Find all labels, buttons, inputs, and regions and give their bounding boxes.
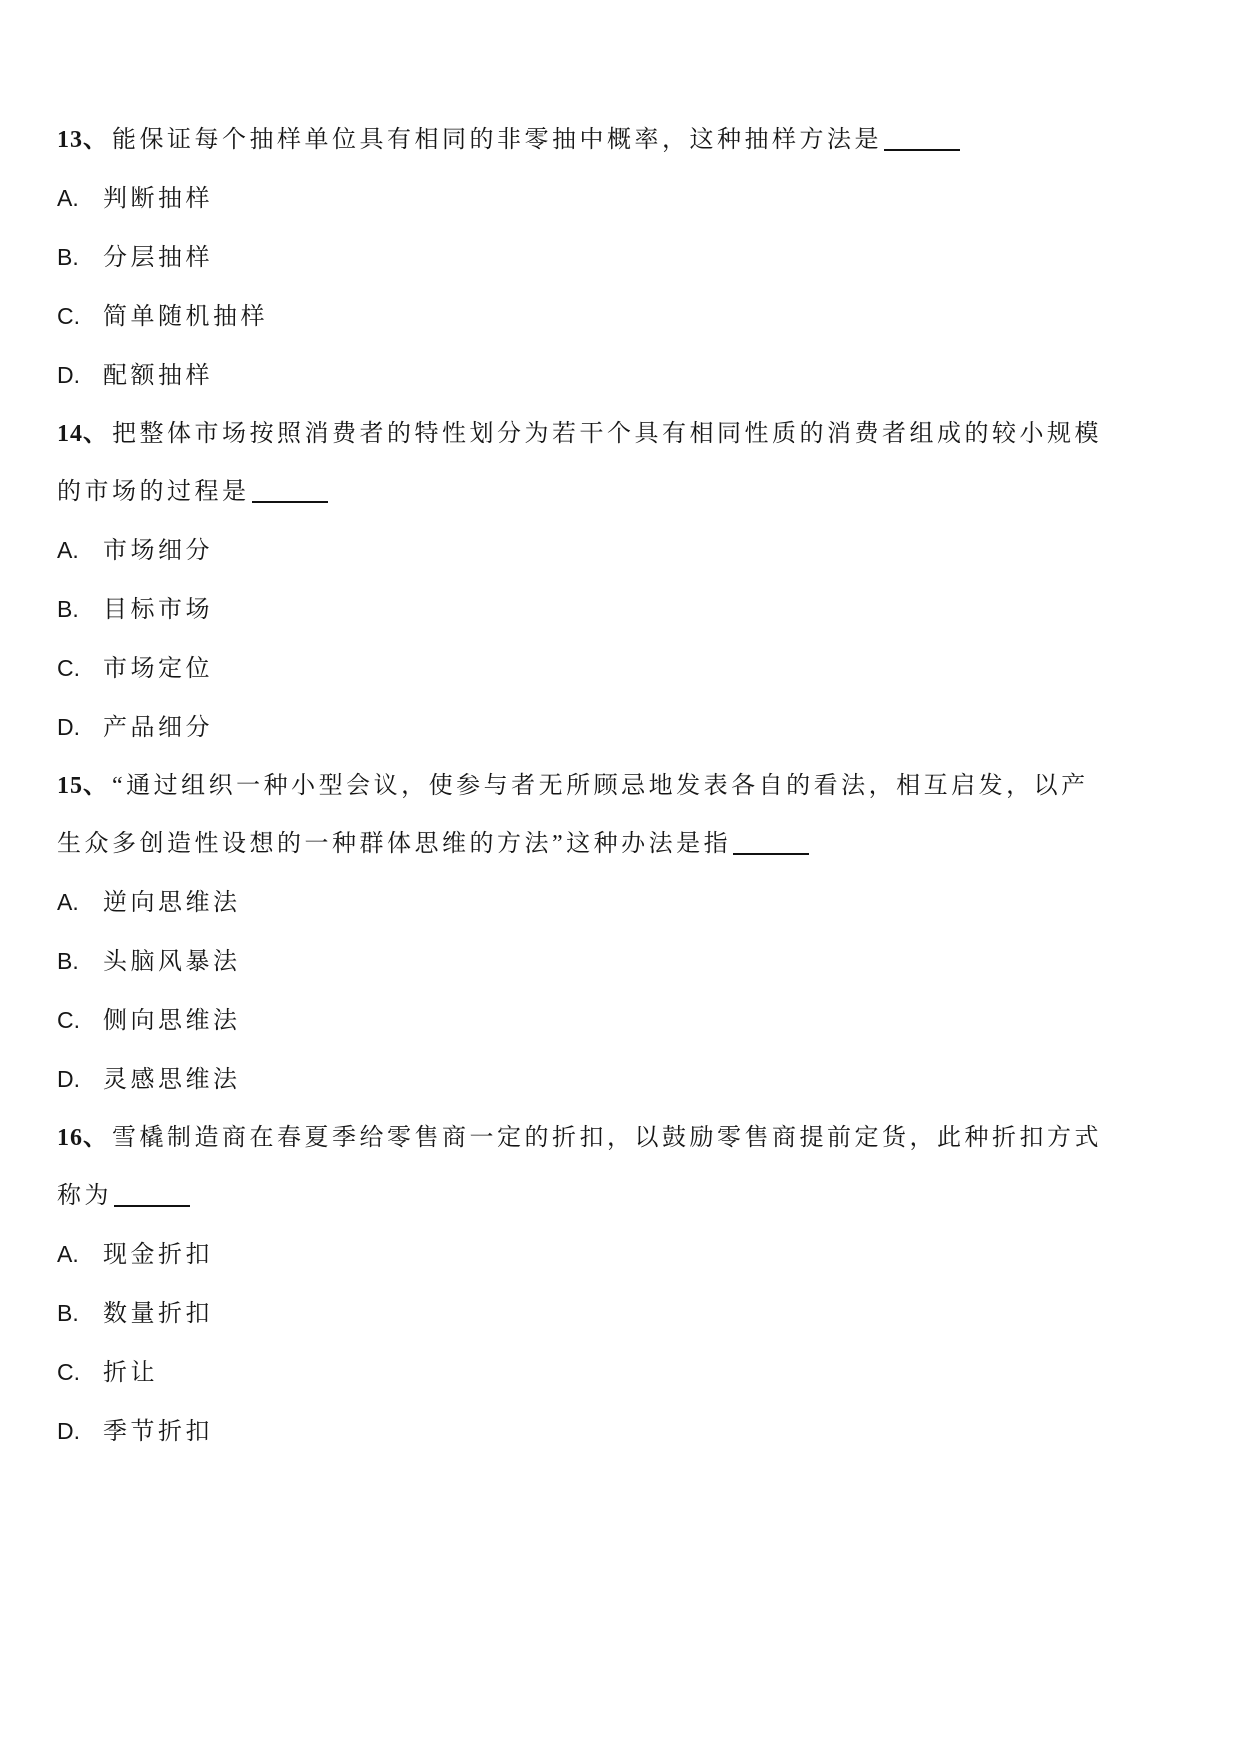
option-label: A. — [57, 1225, 103, 1283]
answer-blank — [884, 125, 960, 151]
option-text: 逆向思维法 — [103, 890, 241, 916]
question-13-option-b: B.分层抽样 — [57, 228, 1155, 287]
question-number: 15、 — [57, 773, 112, 799]
option-label: D. — [57, 698, 103, 756]
question-14-line-1: 14、把整体市场按照消费者的特性划分为若干个具有相同性质的消费者组成的较小规模 — [57, 405, 1155, 463]
question-13-line-1: 13、能保证每个抽样单位具有相同的非零抽中概率，这种抽样方法是 — [57, 111, 1155, 169]
question-15-line-1: 15、“通过组织一种小型会议，使参与者无所顾忌地发表各自的看法，相互启发，以产 — [57, 757, 1155, 815]
question-text: 雪橇制造商在春夏季给零售商一定的折扣，以鼓励零售商提前定货，此种折扣方式 — [112, 1125, 1102, 1151]
option-text: 产品细分 — [103, 715, 213, 741]
question-14-option-a: A.市场细分 — [57, 521, 1155, 580]
option-label: B. — [57, 228, 103, 286]
question-14-option-b: B.目标市场 — [57, 580, 1155, 639]
option-label: A. — [57, 873, 103, 931]
question-text: 能保证每个抽样单位具有相同的非零抽中概率，这种抽样方法是 — [112, 127, 882, 153]
option-label: C. — [57, 287, 103, 345]
option-text: 市场定位 — [103, 656, 213, 682]
option-label: A. — [57, 521, 103, 579]
option-text: 折让 — [103, 1360, 158, 1386]
question-text: 的市场的过程是 — [57, 479, 250, 505]
question-16-option-a: A.现金折扣 — [57, 1225, 1155, 1284]
option-text: 灵感思维法 — [103, 1067, 241, 1093]
question-14: 14、把整体市场按照消费者的特性划分为若干个具有相同性质的消费者组成的较小规模 … — [57, 405, 1155, 757]
question-15-option-c: C.侧向思维法 — [57, 991, 1155, 1050]
option-label: D. — [57, 346, 103, 404]
option-label: B. — [57, 580, 103, 638]
option-text: 现金折扣 — [103, 1242, 213, 1268]
question-number: 16、 — [57, 1125, 112, 1151]
question-text: 生众多创造性设想的一种群体思维的方法”这种办法是指 — [57, 831, 731, 857]
option-label: B. — [57, 1284, 103, 1342]
question-13: 13、能保证每个抽样单位具有相同的非零抽中概率，这种抽样方法是 A.判断抽样 B… — [57, 111, 1155, 405]
question-15-option-d: D.灵感思维法 — [57, 1050, 1155, 1109]
question-number: 14、 — [57, 421, 112, 447]
option-label: D. — [57, 1050, 103, 1108]
question-15-option-a: A.逆向思维法 — [57, 873, 1155, 932]
question-15-option-b: B.头脑风暴法 — [57, 932, 1155, 991]
option-text: 头脑风暴法 — [103, 949, 241, 975]
question-13-option-c: C.简单随机抽样 — [57, 287, 1155, 346]
answer-blank — [114, 1181, 190, 1207]
question-16-option-b: B.数量折扣 — [57, 1284, 1155, 1343]
option-text: 数量折扣 — [103, 1301, 213, 1327]
question-16: 16、雪橇制造商在春夏季给零售商一定的折扣，以鼓励零售商提前定货，此种折扣方式 … — [57, 1109, 1155, 1461]
question-13-option-d: D.配额抽样 — [57, 346, 1155, 405]
question-14-option-d: D.产品细分 — [57, 698, 1155, 757]
option-text: 简单随机抽样 — [103, 304, 268, 330]
option-label: D. — [57, 1402, 103, 1460]
question-16-option-d: D.季节折扣 — [57, 1402, 1155, 1461]
question-15-line-2: 生众多创造性设想的一种群体思维的方法”这种办法是指 — [57, 815, 1155, 873]
question-15: 15、“通过组织一种小型会议，使参与者无所顾忌地发表各自的看法，相互启发，以产 … — [57, 757, 1155, 1109]
option-label: C. — [57, 991, 103, 1049]
question-13-option-a: A.判断抽样 — [57, 169, 1155, 228]
question-text: 称为 — [57, 1183, 112, 1209]
question-text: 把整体市场按照消费者的特性划分为若干个具有相同性质的消费者组成的较小规模 — [112, 421, 1102, 447]
option-text: 分层抽样 — [103, 245, 213, 271]
option-label: A. — [57, 169, 103, 227]
answer-blank — [252, 477, 328, 503]
option-text: 目标市场 — [103, 597, 213, 623]
option-text: 配额抽样 — [103, 363, 213, 389]
question-16-line-2: 称为 — [57, 1167, 1155, 1225]
option-label: C. — [57, 1343, 103, 1401]
option-text: 季节折扣 — [103, 1419, 213, 1445]
option-label: B. — [57, 932, 103, 990]
option-text: 市场细分 — [103, 538, 213, 564]
option-text: 侧向思维法 — [103, 1008, 241, 1034]
question-number: 13、 — [57, 127, 112, 153]
option-label: C. — [57, 639, 103, 697]
question-14-option-c: C.市场定位 — [57, 639, 1155, 698]
question-16-option-c: C.折让 — [57, 1343, 1155, 1402]
question-text: “通过组织一种小型会议，使参与者无所顾忌地发表各自的看法，相互启发，以产 — [112, 773, 1089, 799]
question-14-line-2: 的市场的过程是 — [57, 463, 1155, 521]
question-16-line-1: 16、雪橇制造商在春夏季给零售商一定的折扣，以鼓励零售商提前定货，此种折扣方式 — [57, 1109, 1155, 1167]
answer-blank — [733, 829, 809, 855]
document-page: 13、能保证每个抽样单位具有相同的非零抽中概率，这种抽样方法是 A.判断抽样 B… — [0, 0, 1240, 1754]
option-text: 判断抽样 — [103, 186, 213, 212]
